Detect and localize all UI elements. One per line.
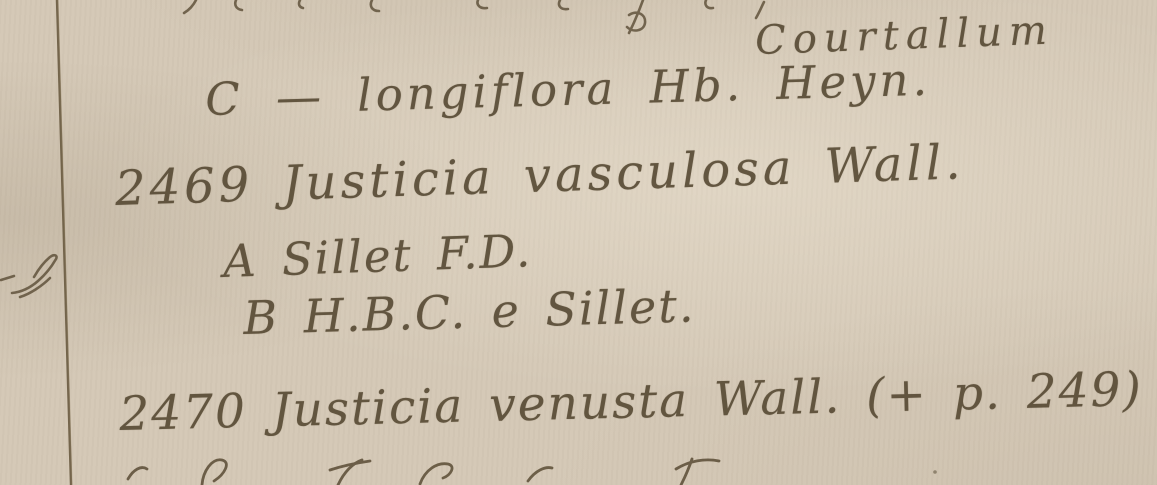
line-specimen-2469-a: A Sillet F.D. <box>222 225 533 288</box>
cropped-line-top-fragment <box>184 0 764 33</box>
manuscript-page: Courtallum C — longiflora Hb. Heyn. 2469… <box>0 0 1157 485</box>
ink-speck <box>933 470 937 474</box>
margin-rule <box>57 0 72 485</box>
margin-mark <box>1 255 57 297</box>
cropped-line-bottom-fragment <box>128 459 719 485</box>
